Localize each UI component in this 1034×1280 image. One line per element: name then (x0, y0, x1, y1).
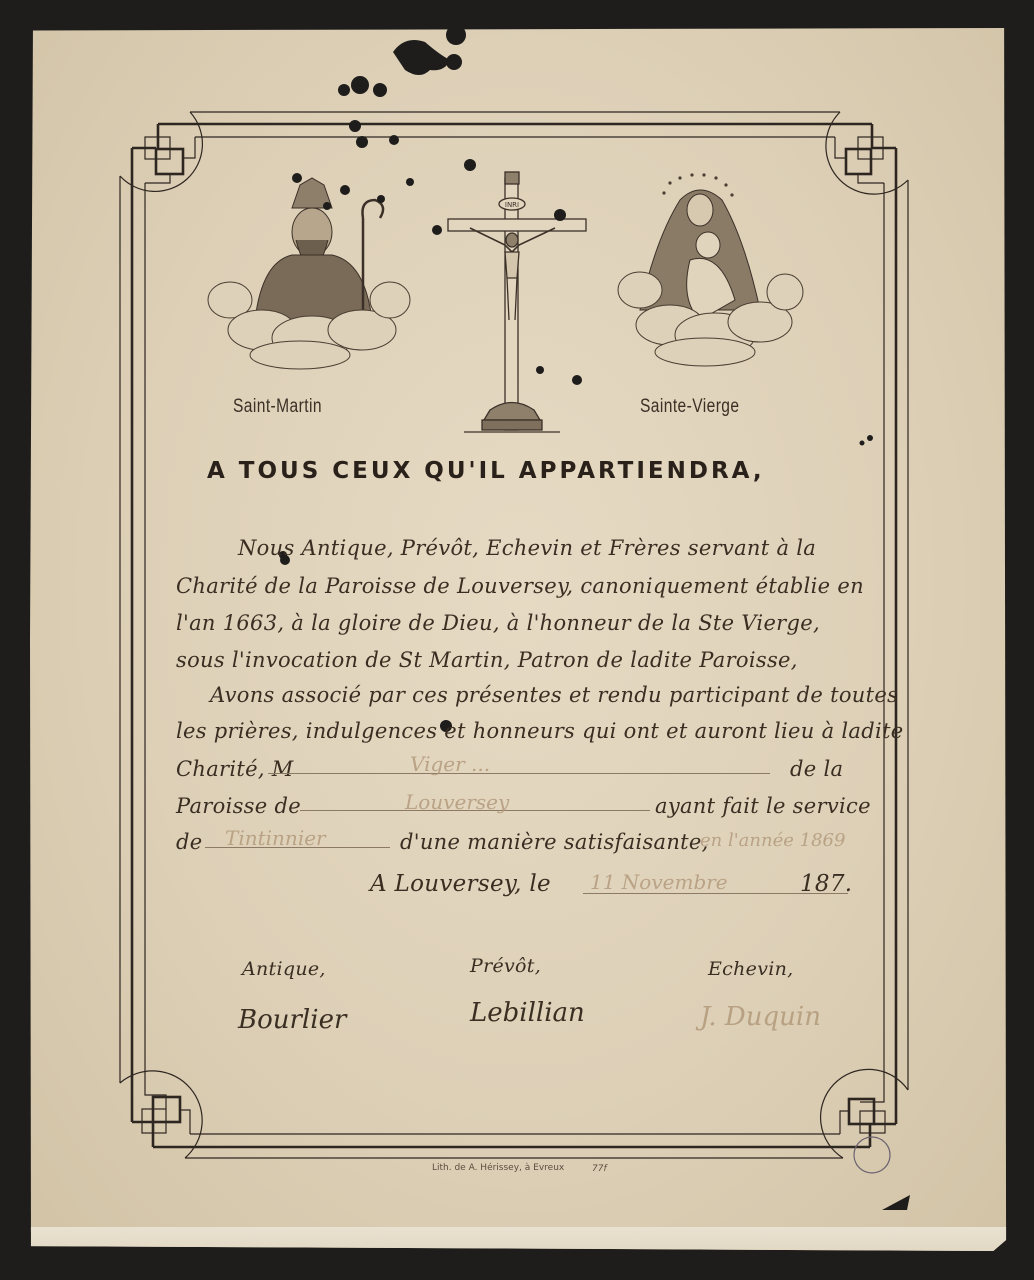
body-line-4: sous l'invocation de St Martin, Patron d… (176, 648, 798, 672)
body-line-2: Charité de la Paroisse de Louversey, can… (176, 574, 864, 598)
parish-suffix: ayant fait le service (655, 794, 871, 818)
signature-bourlier: Bourlier (238, 1005, 346, 1035)
signature-title-antique: Antique, (242, 958, 326, 980)
body-line-5: Avons associé par ces présentes et rendu… (210, 683, 898, 707)
lithographer-imprint: Lith. de A. Hérissey, à Evreux (432, 1163, 564, 1173)
parish-name-handwritten: Louversey (405, 790, 509, 814)
signature-title-echevin: Echevin, (708, 958, 793, 980)
virgin-and-child-illustration (618, 173, 803, 366)
member-prefix: Charité, M (176, 757, 294, 781)
date-prefix: A Louversey, le (370, 871, 551, 897)
signature-echevin: J. Duquin (700, 1002, 821, 1032)
caption-saint-martin: Saint-Martin (233, 396, 322, 418)
member-name-handwritten: Viger ... (410, 752, 490, 776)
certificate-headline: A TOUS CEUX QU'IL APPARTIENDRA, (207, 458, 765, 484)
member-suffix: de la (790, 757, 843, 781)
body-line-1: Nous Antique, Prévôt, Echevin et Frères … (238, 536, 816, 560)
service-annotation-handwritten: en l'année 1869 (700, 830, 845, 851)
svg-text:INRI: INRI (505, 201, 519, 209)
caption-sainte-vierge: Sainte-Vierge (640, 396, 739, 418)
member-fill-line (268, 773, 770, 774)
body-line-6: les prières, indulgences et honneurs qui… (176, 719, 903, 743)
ornamental-border: INRI (0, 0, 1034, 1280)
date-handwritten: 11 Novembre (590, 870, 728, 894)
signature-title-prevot: Prévôt, (470, 955, 541, 977)
saint-martin-illustration (208, 178, 410, 369)
imprint-mark: 77f (592, 1164, 607, 1174)
parish-prefix: Paroisse de (176, 794, 301, 818)
signature-lebillian: Lebillian (470, 998, 585, 1028)
date-year: 187. (800, 871, 852, 897)
crucifix-illustration: INRI (448, 172, 586, 432)
body-line-3: l'an 1663, à la gloire de Dieu, à l'honn… (176, 611, 820, 635)
service-prefix: de (176, 830, 202, 854)
service-handwritten: Tintinnier (225, 826, 326, 850)
service-suffix: d'une manière satisfaisante, (400, 830, 709, 854)
archive-stamp (854, 1137, 890, 1173)
